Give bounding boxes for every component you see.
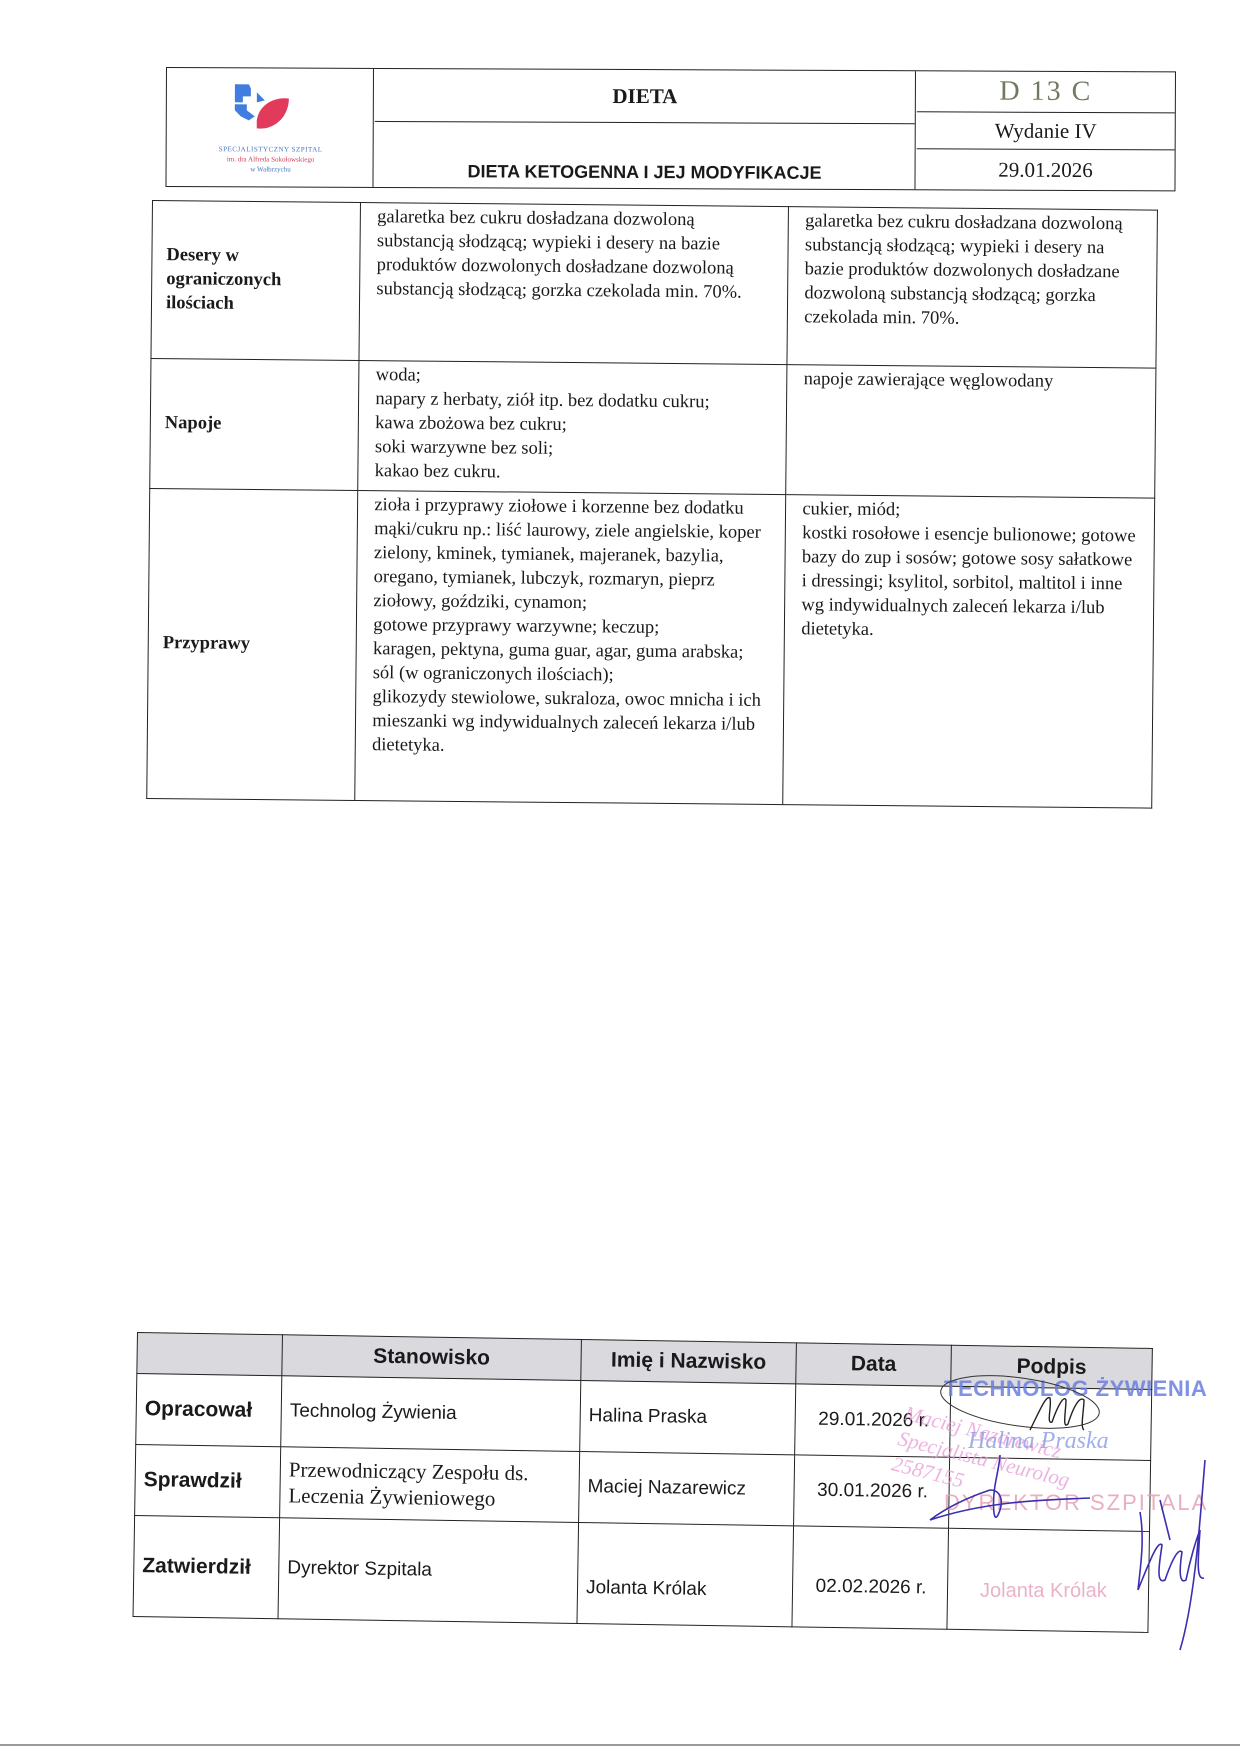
approval-row: Zatwierdził Dyrektor Szpitala Jolanta Kr…	[133, 1515, 1149, 1632]
header-name: Imię i Nazwisko	[581, 1339, 797, 1383]
forbidden-item: cukier, miód;	[802, 497, 1140, 524]
position-cell: Technolog Żywienia	[281, 1376, 581, 1452]
forbidden-cell: cukier, miód; kostki rosołowe i esencje …	[783, 495, 1155, 809]
role-cell: Opracował	[136, 1374, 282, 1447]
position-cell: Dyrektor Szpitala	[278, 1518, 579, 1624]
allowed-cell: galaretka bez cukru dosładzana dozwoloną…	[359, 203, 789, 365]
forbidden-item: galaretka bez cukru dosładzana dozwoloną…	[804, 209, 1143, 332]
signature-cell	[947, 1528, 1150, 1632]
name-cell: Halina Praska	[580, 1380, 796, 1454]
forbidden-item: kostki rosołowe i esencje bulionowe; got…	[801, 521, 1140, 644]
signature-cell	[949, 1457, 1151, 1531]
category-cell: Przyprawy	[147, 488, 358, 800]
allowed-cell: zioła i przyprawy ziołowe i korzenne bez…	[355, 490, 786, 804]
allowed-item: glikozydy stewiolowe, sukraloza, owoc mn…	[372, 685, 770, 761]
forbidden-cell: napoje zawierające węglowodany	[786, 365, 1156, 499]
role-cell: Sprawdził	[135, 1444, 281, 1517]
forbidden-cell: galaretka bez cukru dosładzana dozwoloną…	[787, 207, 1157, 369]
document-date: 29.01.2026	[916, 149, 1174, 190]
header-title-cell: DIETA DIETA KETOGENNA I JEJ MODYFIKACJE	[374, 69, 916, 189]
hospital-name-line3: w Wałbrzychu	[173, 164, 369, 175]
header-meta-cell: D 13 C Wydanie IV 29.01.2026	[916, 71, 1175, 190]
role-cell: Zatwierdził	[133, 1515, 280, 1618]
header-signature: Podpis	[951, 1345, 1153, 1389]
allowed-item: zioła i przyprawy ziołowe i korzenne bez…	[373, 493, 771, 617]
document-edition: Wydanie IV	[917, 112, 1175, 150]
forbidden-item: napoje zawierające węglowodany	[804, 367, 1142, 394]
category-cell: Napoje	[150, 358, 360, 490]
document-category: DIETA	[375, 69, 915, 124]
date-cell: 29.01.2026 r.	[795, 1384, 951, 1457]
diet-table: Desery w ograniczonych ilościach galaret…	[146, 200, 1158, 809]
document-title: DIETA KETOGENNA I JEJ MODYFIKACJE	[374, 122, 914, 188]
table-row: Napoje woda; napary z herbaty, ziół itp.…	[150, 358, 1156, 498]
name-cell: Jolanta Królak	[577, 1522, 794, 1626]
document-code: D 13 C	[917, 71, 1175, 113]
page-bottom-rule	[0, 1744, 1240, 1746]
hospital-logo-icon	[227, 80, 307, 140]
name-cell: Maciej Nazarewicz	[579, 1451, 795, 1525]
category-cell: Desery w ograniczonych ilościach	[151, 201, 361, 361]
table-row: Przyprawy zioła i przyprawy ziołowe i ko…	[147, 488, 1155, 808]
allowed-item: galaretka bez cukru dosładzana dozwoloną…	[376, 205, 774, 305]
document-header: SPECJALISTYCZNY SZPITAL im. dra Alfreda …	[165, 67, 1176, 191]
hospital-name: SPECJALISTYCZNY SZPITAL im. dra Alfreda …	[173, 144, 369, 175]
table-row: Desery w ograniczonych ilościach galaret…	[151, 201, 1157, 369]
logo-cell: SPECJALISTYCZNY SZPITAL im. dra Alfreda …	[166, 68, 374, 187]
date-cell: 02.02.2026 r.	[792, 1526, 949, 1629]
header-position: Stanowisko	[282, 1335, 582, 1381]
approval-table: Stanowisko Imię i Nazwisko Data Podpis O…	[133, 1332, 1153, 1633]
header-empty	[137, 1333, 283, 1376]
position-cell: Przewodniczący Zespołu ds. Leczenia Żywi…	[280, 1447, 580, 1523]
signature-cell	[950, 1386, 1152, 1460]
allowed-item: kakao bez cukru.	[375, 459, 772, 487]
date-cell: 30.01.2026 r.	[794, 1455, 950, 1528]
header-date: Data	[796, 1343, 952, 1386]
allowed-cell: woda; napary z herbaty, ziół itp. bez do…	[358, 360, 787, 494]
